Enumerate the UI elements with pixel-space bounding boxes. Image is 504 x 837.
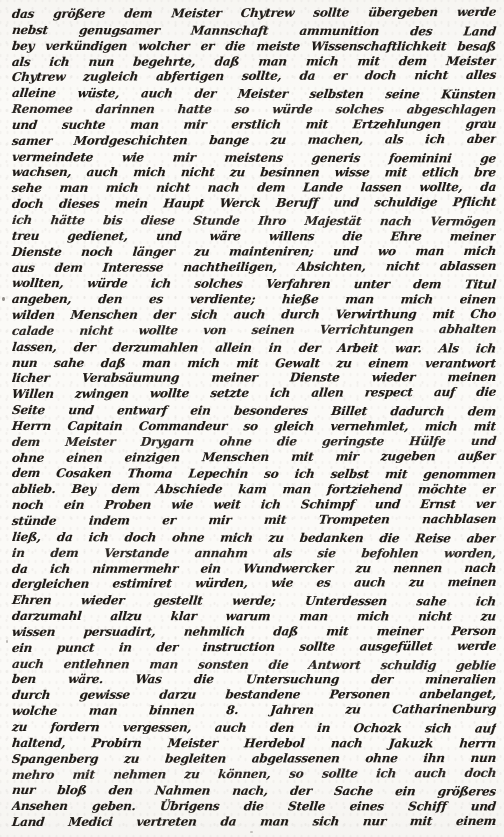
- manuscript-line: bey verkündigen wolcher er die meiste Wi…: [11, 39, 496, 55]
- manuscript-line: Chytrew zugleich abfertigen sollte, da e…: [11, 68, 497, 86]
- manuscript-line: Seite und entwarf ein besonderes Billet …: [11, 403, 497, 420]
- manuscript-line: treu gedienet, und wäre willens die Ehre…: [11, 229, 496, 245]
- manuscript-line: alleine wüste, auch der Meister selbsten…: [11, 86, 497, 103]
- manuscript-line: ein punct in der instruction sollte ausg…: [11, 639, 497, 657]
- manuscript-line: Ehren wieder gestellt werde; Unterdessen…: [11, 593, 497, 610]
- manuscript-line: dergleichen estimiret würden, wie es auc…: [11, 575, 497, 593]
- manuscript-line: aus dem Interesse nachtheiligen, Absicht…: [11, 258, 497, 276]
- manuscript-line: samer Mordgeschichten bange zu machen, a…: [11, 132, 497, 150]
- manuscript-line: zu fordern vergessen, auch den in Ochozk…: [11, 720, 497, 737]
- manuscript-line: dem Meister Drygarn ohne die geringste H…: [11, 434, 497, 451]
- manuscript-line: lassen, der derzumahlen allein in der Ar…: [11, 340, 497, 357]
- ink-speck: [2, 297, 5, 301]
- manuscript-line: angeben, den es verdiente; hieße man mic…: [11, 292, 496, 308]
- manuscript-line: Ansehen geben. Übrigens die Stelle eines…: [11, 799, 496, 815]
- manuscript-line: Willen zwingen wollte setzte ich allen r…: [11, 385, 497, 403]
- manuscript-line: mehro mit nehmen zu können, so sollte ic…: [11, 765, 497, 783]
- handwritten-text-block: das größere dem Meister Chytrew sollte ü…: [11, 7, 495, 831]
- manuscript-line: ohne einen einzigen Menschen mit mir zug…: [11, 449, 497, 467]
- manuscript-line: Land Medici vertreten da man sich nur mi…: [11, 814, 497, 831]
- manuscript-line: Spangenberg zu begleiten abgelassenen oh…: [11, 751, 497, 768]
- ink-speck: [250, 831, 253, 833]
- manuscript-line: wolche man binnen 8. Jahren zu Catharine…: [11, 702, 497, 720]
- manuscript-line: doch dieses mein Haupt Werck Beruff und …: [11, 195, 497, 213]
- manuscript-line: in dem Verstande annahm als sie befohlen…: [11, 546, 496, 562]
- manuscript-line: das größere dem Meister Chytrew sollte ü…: [11, 5, 497, 23]
- ink-speck: [6, 640, 8, 643]
- manuscript-line: ich hätte bis diese Stunde Ihro Majestät…: [11, 213, 497, 230]
- manuscript-line: darzumahl allzu klar warum man mich nich…: [11, 609, 496, 625]
- manuscript-line: Renomee darinnen hatte so würde solches …: [11, 102, 496, 118]
- manuscript-line: nebst genugsamer Mannschaft ammunition d…: [11, 23, 497, 40]
- manuscript-line: ablieb. Bey dem Abschiede kam man fortzi…: [11, 482, 496, 498]
- manuscript-line: Dienste noch länger zu mainteniren; und …: [11, 244, 497, 261]
- manuscript-line: ließ, da ich doch ohne mich zu bedanken …: [11, 530, 497, 547]
- manuscript-line: calade nicht wollte von seinen Verrichtu…: [11, 322, 497, 340]
- manuscript-line: haltend, Probirn Meister Herdebol nach J…: [11, 736, 496, 752]
- manuscript-line: Herrn Capitain Commandeur so gleich vern…: [11, 419, 496, 435]
- manuscript-line: stünde indem er mir mit Trompeten nachbl…: [11, 512, 497, 530]
- manuscript-page: das größere dem Meister Chytrew sollte ü…: [0, 0, 504, 837]
- ink-speck: [488, 120, 490, 122]
